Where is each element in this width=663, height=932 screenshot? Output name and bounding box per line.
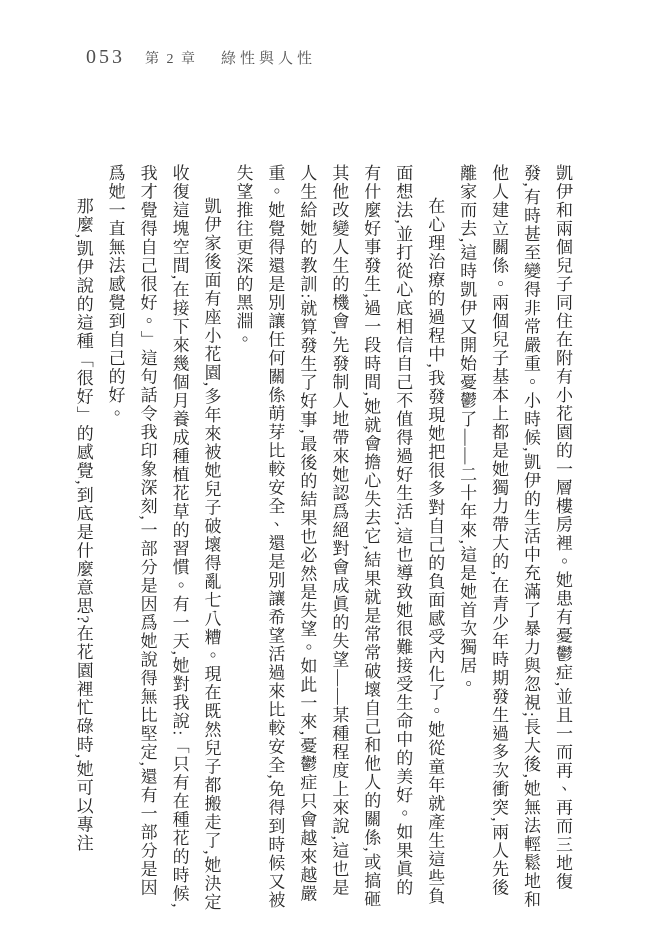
paragraph-4: 那麼,凱伊說的這種「很好」的感覺,到底是什麼意思?在花園裡忙碌時,她可以專注: [67, 164, 99, 912]
book-page: 053 第 2 章 綠性與人性 凱伊和兩個兒子同住在附有小花園的一層樓房裡。她患…: [0, 0, 663, 932]
running-head: 053 第 2 章 綠性與人性: [86, 46, 316, 69]
chapter-title: 綠性與人性: [221, 47, 316, 68]
paragraph-3: 凱伊家後面有座小花園,多年來被她兒子破壞得亂七八糟。現在既然兒子都搬走了,她決定…: [99, 164, 227, 912]
paragraph-1: 凱伊和兩個兒子同住在附有小花園的一層樓房裡。她患有憂鬱症,並且一而再、再而三地復…: [450, 164, 578, 912]
page-number: 053: [86, 46, 125, 69]
paragraph-2: 在心理治療的過程中,我發現她把很多對自己的負面感受內化了。她從童年就產生這些負面…: [227, 164, 451, 912]
chapter-label: 第 2 章: [145, 48, 197, 68]
body-text-block: 凱伊和兩個兒子同住在附有小花園的一層樓房裡。她患有憂鬱症,並且一而再、再而三地復…: [58, 164, 578, 912]
